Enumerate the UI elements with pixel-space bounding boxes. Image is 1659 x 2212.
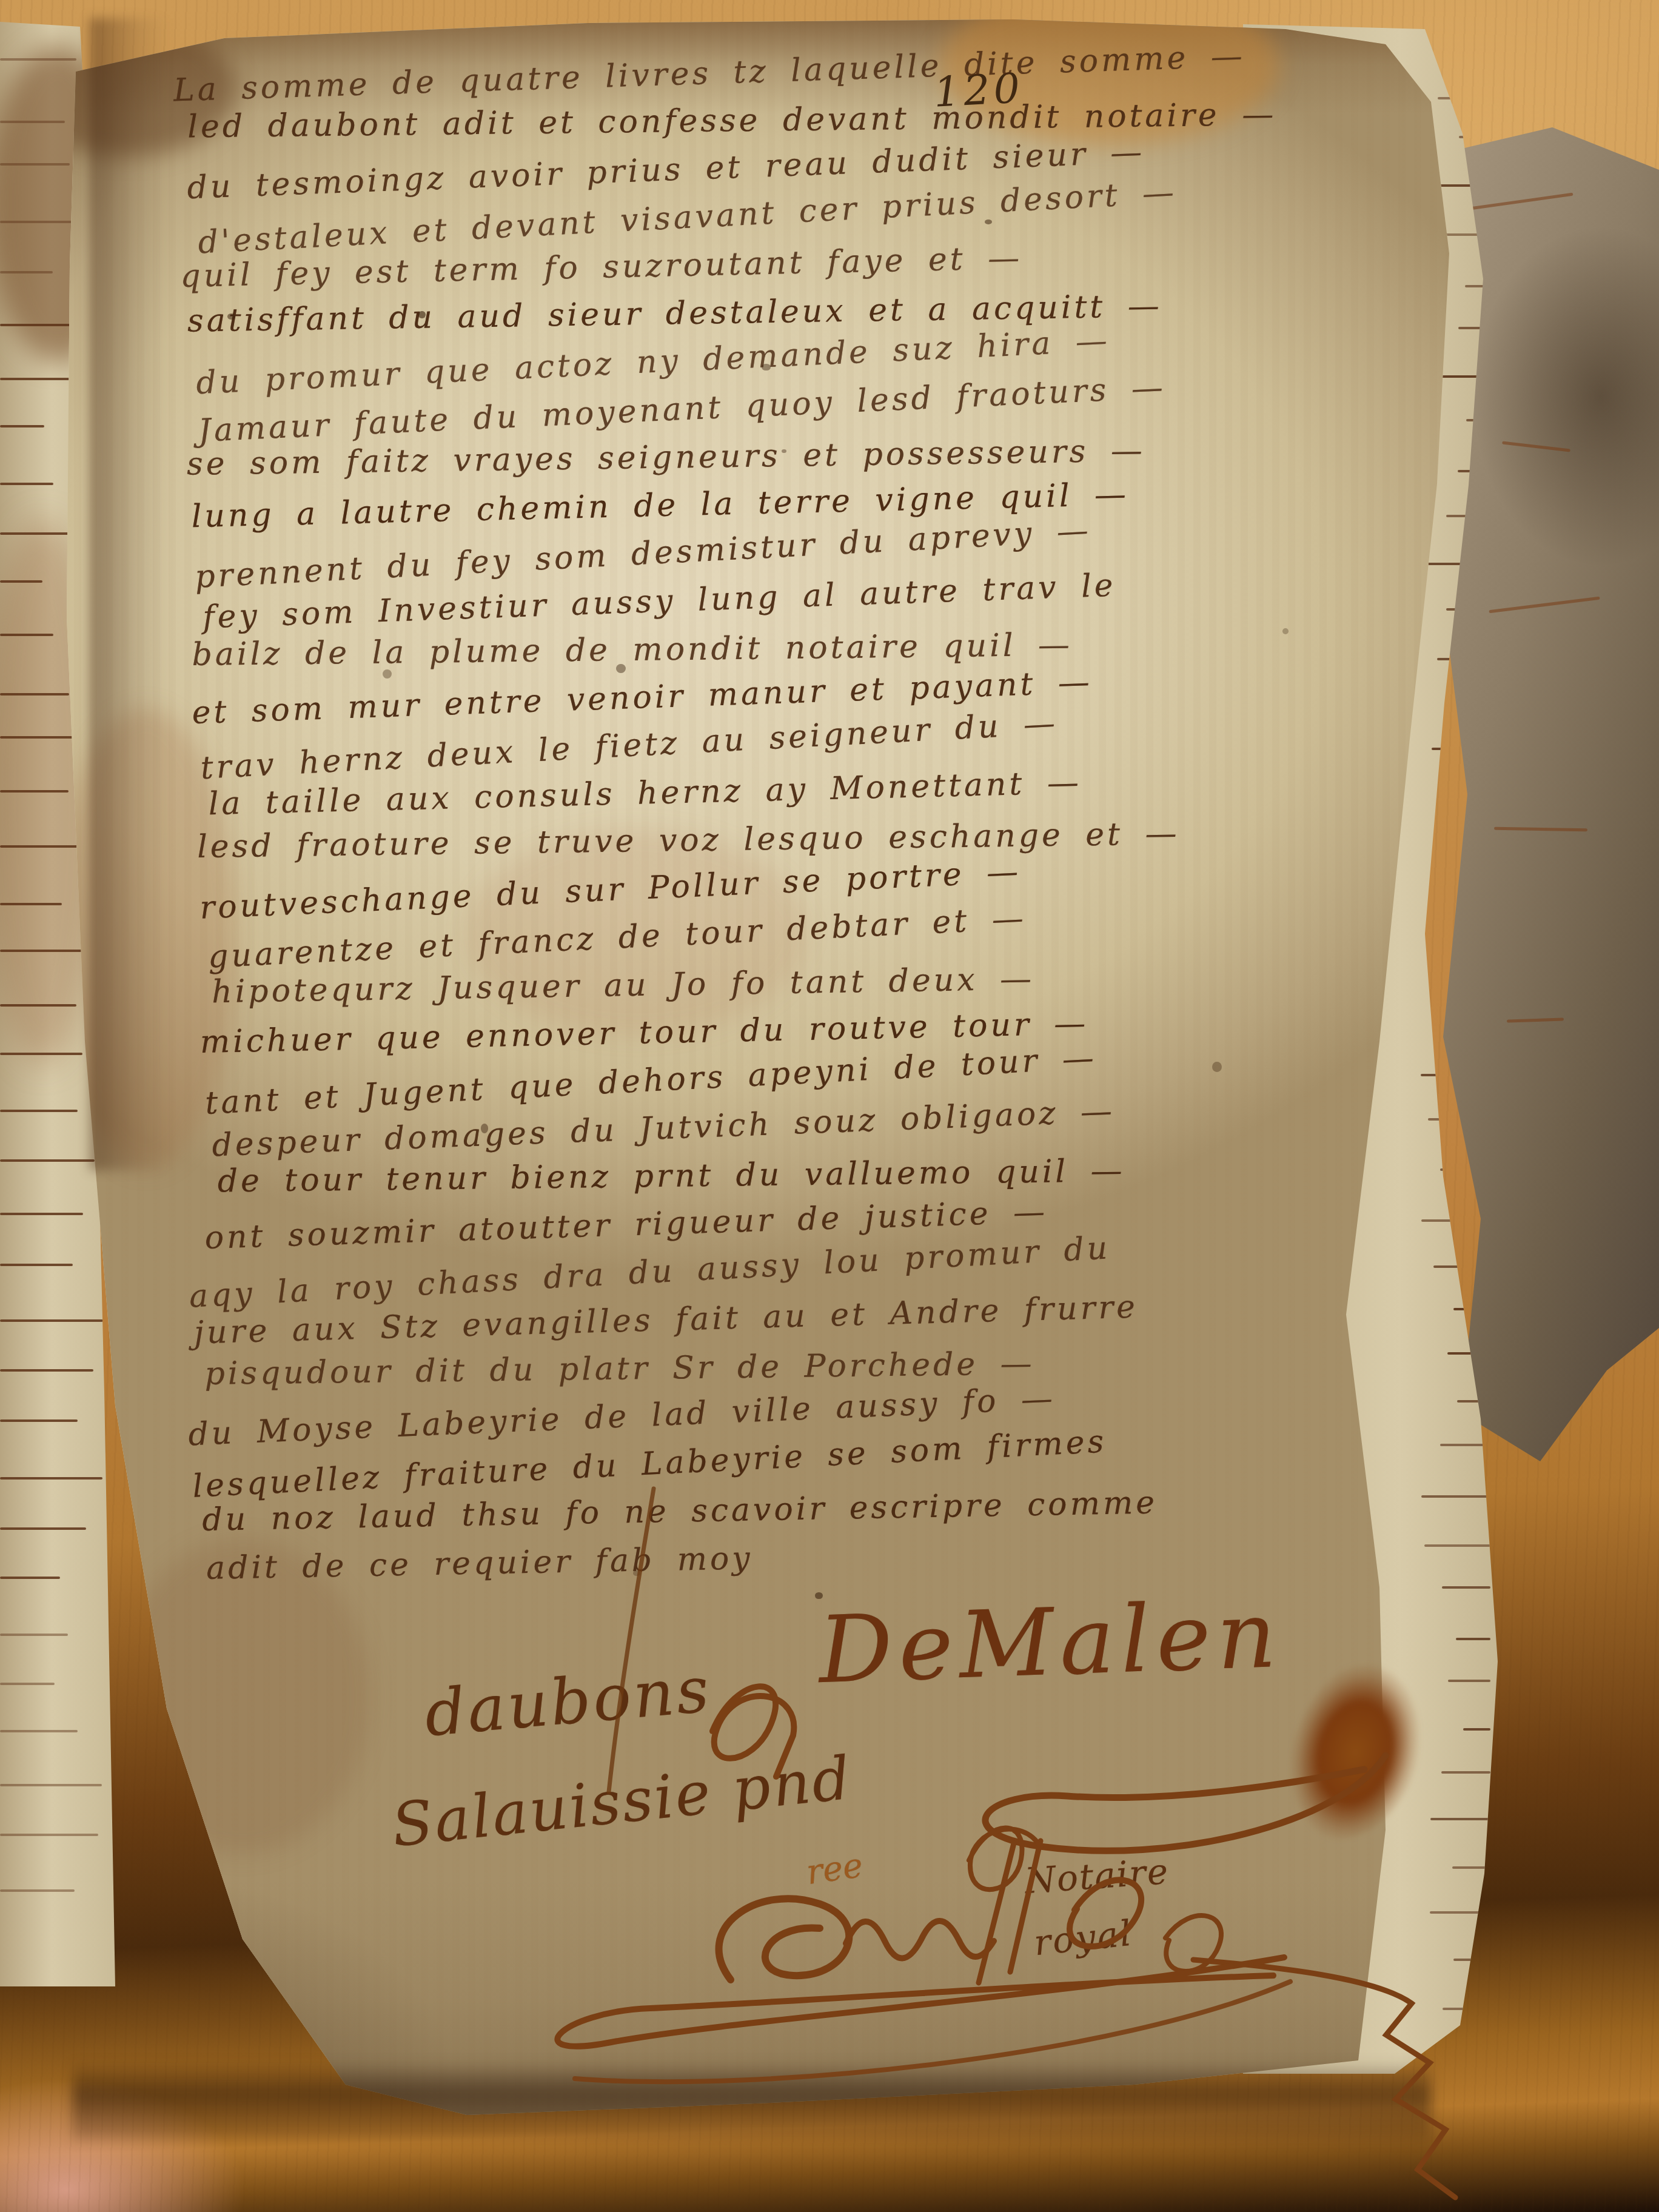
fore-edge-ruled-line — [0, 950, 89, 952]
ink-speck — [616, 664, 626, 673]
fore-edge-ruled-line — [0, 1319, 103, 1322]
ink-speck — [383, 669, 392, 679]
fore-edge-ruled-line — [0, 845, 81, 848]
fore-edge-dash — [1463, 1728, 1490, 1731]
fore-edge-ruled-line — [0, 1889, 75, 1892]
fore-edge-ruled-line — [0, 1527, 86, 1530]
page-bottom-shadow — [73, 2062, 1431, 2140]
fore-edge-dash — [1430, 1818, 1490, 1820]
fore-edge-ruled-line — [0, 1784, 102, 1786]
parchment-faded-writing — [1466, 193, 1573, 211]
fore-edge-ruled-line — [0, 378, 70, 380]
fore-edge-ruled-line — [0, 1264, 73, 1266]
fore-edge-ruled-line — [0, 1834, 98, 1836]
fore-edge-ruled-line — [0, 1419, 78, 1422]
manuscript-line: pisqudour dit du platr Sr de Porchede — — [204, 1346, 1035, 1392]
fore-edge-ruled-line — [0, 903, 62, 905]
parchment-faded-writing — [1502, 441, 1570, 452]
fore-edge-ruled-line — [0, 1159, 95, 1162]
ink-speck — [985, 220, 991, 224]
ink-speck — [227, 313, 235, 319]
fore-edge-ruled-line — [0, 634, 53, 636]
fore-edge-ruled-line — [0, 693, 69, 695]
manuscript-line: bailz de la plume de mondit notaire quil… — [192, 627, 1073, 673]
ink-speck — [633, 1570, 640, 1575]
manuscript-text-block: La somme de quatre livres tz laquelle di… — [173, 40, 1422, 66]
fore-edge-ruled-line — [0, 1004, 76, 1007]
fore-edge-ruled-line — [0, 1053, 82, 1055]
fore-edge-dash — [1441, 1771, 1490, 1774]
fore-edge-dash — [1448, 1680, 1490, 1682]
manuscript-line: adit de ce requier fab moy — [206, 1540, 754, 1587]
fore-edge-ruled-line — [0, 483, 53, 485]
fore-edge-ruled-line — [0, 1577, 60, 1579]
parchment-faded-writing — [1494, 826, 1587, 831]
fore-edge-ruled-line — [0, 580, 42, 583]
fore-edge-ruled-line — [0, 1634, 68, 1636]
ink-speck — [762, 364, 770, 370]
ink-speck — [1282, 628, 1289, 634]
fore-edge-dash — [1424, 1544, 1490, 1547]
fore-edge-dash — [1442, 1586, 1490, 1589]
manuscript-line: lesd fraoture se truve voz lesquo eschan… — [197, 816, 1180, 865]
fore-edge-ruled-line — [0, 58, 76, 61]
fore-edge-ruled-line — [0, 1369, 93, 1372]
parchment-faded-writing — [1489, 596, 1600, 613]
fore-edge-ruled-line — [0, 221, 81, 223]
fore-edge-ruled-line — [0, 271, 53, 273]
photo-of-manuscript-page: 120 La somme de quatre livres tz laquell… — [0, 0, 1659, 2212]
ink-speck — [1212, 1062, 1222, 1072]
parchment-faded-writing — [1507, 1017, 1564, 1022]
fore-edge-dash — [1421, 1495, 1490, 1498]
fore-edge-ruled-line — [0, 163, 70, 166]
fore-edge-ruled-line — [0, 425, 44, 427]
fore-edge-ruled-line — [0, 1213, 83, 1215]
ink-speck — [481, 1124, 488, 1133]
manuscript-line: de tour tenur bienz prnt du valluemo qui… — [217, 1153, 1125, 1199]
fore-edge-dash — [1456, 1638, 1490, 1640]
fore-edge-ruled-line — [0, 121, 65, 123]
binding-gutter-shadow — [90, 18, 169, 1170]
signature-demalen: DeMalen — [817, 1581, 1284, 1704]
ink-speck — [418, 311, 425, 319]
fore-edge-ruled-line — [0, 1477, 102, 1480]
annotation-ree: ree — [804, 1846, 865, 1892]
fore-edge-ruled-line — [0, 790, 69, 793]
fore-edge-ruled-line — [0, 1683, 55, 1685]
fore-edge-ruled-line — [0, 1730, 78, 1732]
fore-edge-ruled-line — [0, 1110, 78, 1112]
